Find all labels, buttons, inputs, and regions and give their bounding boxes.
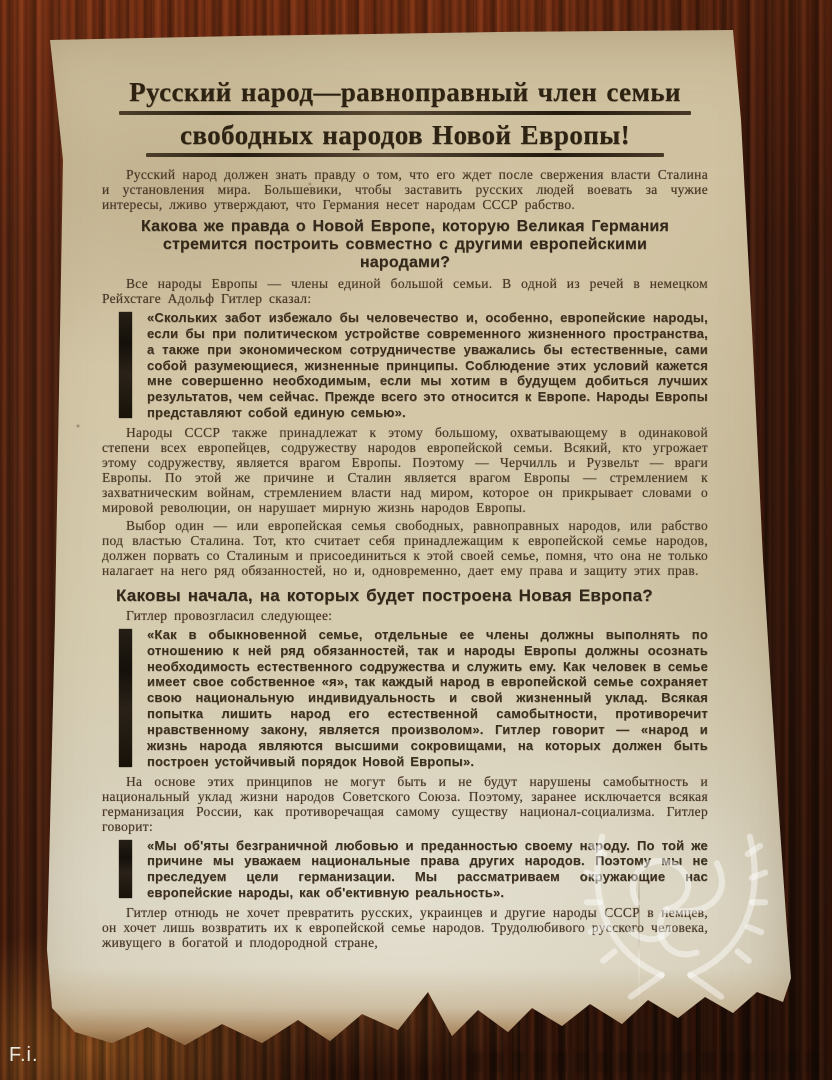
paragraph-european-family: Все народы Европы — члены единой большой…	[102, 276, 708, 306]
photo-of-leaflet-on-table: Русский народ—равноправный член семьи св…	[0, 0, 832, 1080]
paragraph-choice: Выбор один — или европейская семья свобо…	[102, 518, 708, 578]
title-underline-2	[146, 153, 664, 157]
section-heading-foundations: Каковы начала, на которых будет построен…	[102, 586, 708, 605]
section-heading-new-europe: Какова же правда о Новой Европе, которую…	[135, 218, 675, 272]
title-line-1: Русский народ—равноправный член семьи	[102, 78, 708, 108]
photo-bottom-watermark	[470, 1052, 826, 1072]
photo-watermark-emblem	[562, 808, 790, 1013]
photo-watermark-initials: F.i.	[9, 1044, 39, 1067]
paragraph-hitler-proclaimed: Гитлер провозгласил следующее:	[102, 608, 708, 623]
hitler-quote-2: «Как в обыкновенной семье, отдельные ее …	[147, 627, 708, 770]
title-underline-1	[119, 111, 691, 115]
paragraph-intro: Русский народ должен знать правду о том,…	[102, 167, 708, 212]
title-line-2: свободных народов Новой Европы!	[102, 121, 708, 151]
paragraph-ussr-peoples: Народы СССР также принадлежат к этому бо…	[102, 425, 708, 515]
hitler-quote-1: «Скольких забот избежало бы человечество…	[147, 310, 708, 421]
leaflet-title: Русский народ—равноправный член семьи св…	[102, 78, 708, 157]
